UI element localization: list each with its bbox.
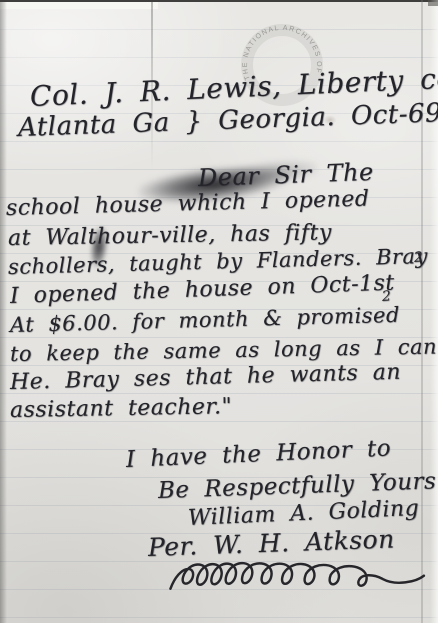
scanned-letter-page: THE NATIONAL ARCHIVES OF THE UNITED STAT… bbox=[0, 0, 438, 623]
stray-pen-mark: 2 bbox=[381, 288, 392, 305]
paper-top-fold-band bbox=[0, 2, 158, 9]
scan-left-edge bbox=[0, 0, 7, 623]
stray-pen-mark: 2 bbox=[413, 249, 424, 266]
scan-corner-mark bbox=[428, 0, 438, 6]
body-line-9: assistant teacher." bbox=[10, 394, 233, 423]
